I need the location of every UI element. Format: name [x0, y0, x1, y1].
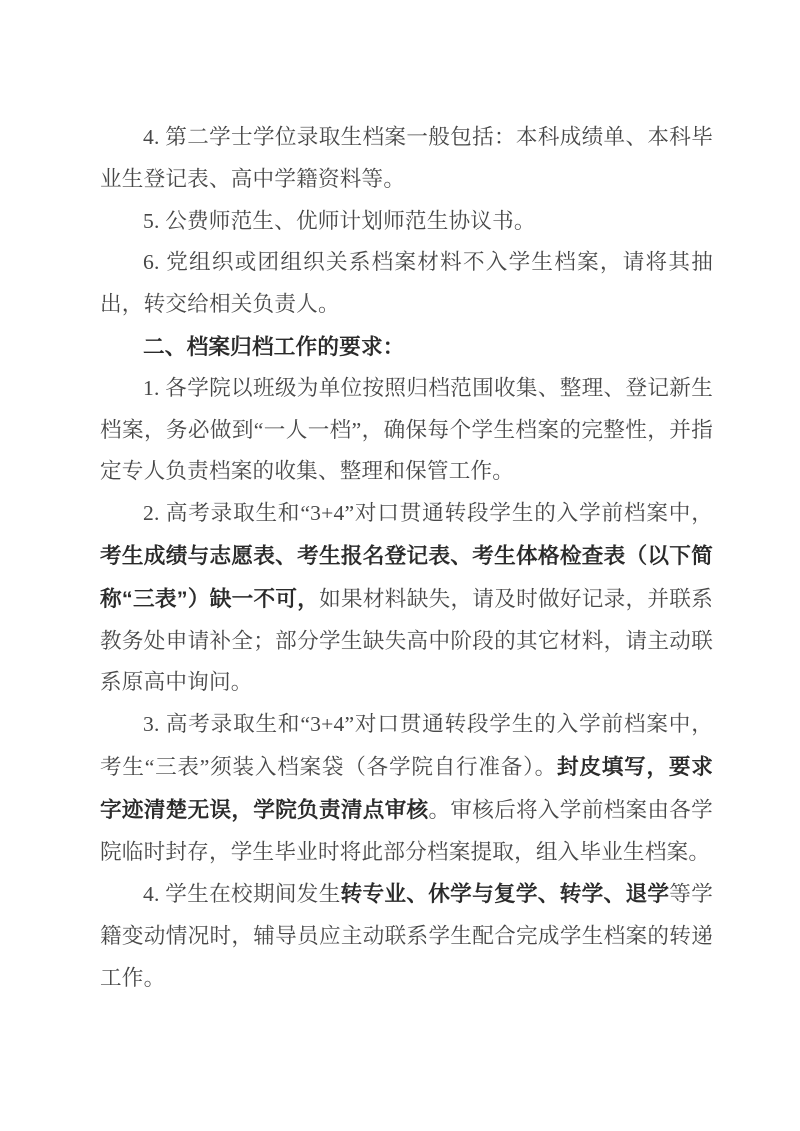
text-run: 1. 各学院以班级为单位按照归档范围收集、整理、登记新生档案，务必做到“一人一档…	[100, 376, 713, 484]
list-item-6: 6. 党组织或团组织关系档案材料不入学生档案，请将其抽出，转交给相关负责人。	[100, 242, 713, 326]
document-page: 4. 第二学士学位录取生档案一般包括：本科成绩单、本科毕业生登记表、高中学籍资料…	[0, 0, 800, 1131]
list-item-4: 4. 第二学士学位录取生档案一般包括：本科成绩单、本科毕业生登记表、高中学籍资料…	[100, 117, 713, 201]
list-item-5: 5. 公费师范生、优师计划师范生协议书。	[100, 201, 713, 243]
heading-text-run: 二、档案归档工作的要求：	[143, 334, 405, 359]
text-run: 4. 第二学士学位录取生档案一般包括：本科成绩单、本科毕业生登记表、高中学籍资料…	[100, 125, 713, 191]
bold-text-run: 转专业、休学与复学、转学、退学	[341, 881, 670, 906]
text-run: 2. 高考录取生和“3+4”对口贯通转段学生的入学前档案中，	[143, 501, 713, 525]
text-run: 4. 学生在校期间发生	[143, 882, 341, 906]
document-body: 4. 第二学士学位录取生档案一般包括：本科成绩单、本科毕业生登记表、高中学籍资料…	[100, 117, 713, 1000]
requirement-item-1: 1. 各学院以班级为单位按照归档范围收集、整理、登记新生档案，务必做到“一人一档…	[100, 368, 713, 493]
requirement-item-4: 4. 学生在校期间发生转专业、休学与复学、转学、退学等学籍变动情况时，辅导员应主…	[100, 873, 713, 999]
text-run: 6. 党组织或团组织关系档案材料不入学生档案，请将其抽出，转交给相关负责人。	[100, 250, 713, 316]
text-run: 5. 公费师范生、优师计划师范生协议书。	[143, 209, 536, 233]
section-heading: 二、档案归档工作的要求：	[100, 326, 713, 368]
requirement-item-2: 2. 高考录取生和“3+4”对口贯通转段学生的入学前档案中，考生成绩与志愿表、考…	[100, 493, 713, 704]
requirement-item-3: 3. 高考录取生和“3+4”对口贯通转段学生的入学前档案中，考生“三表”须装入档…	[100, 704, 713, 873]
